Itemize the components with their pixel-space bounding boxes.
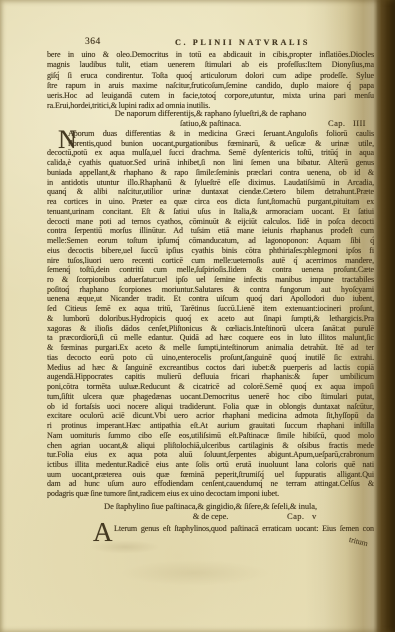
chapter4-heading: De naporum differentijs,& raphano ſylueſ… (47, 108, 374, 129)
text-line: uenena æque,ut Nicander tradit. Et contr… (47, 294, 374, 304)
text-line: xagoras & ilioſis dādos cenſet,Pliſtonic… (47, 324, 374, 334)
text-line: giſq́ ſi eruca condirentur. Toſta quoq́ … (47, 71, 374, 81)
text-line: ob id fortaſsis uoci nocere aliqui tradi… (47, 402, 374, 412)
text-line: tenuant,urinam concitant. Eſt & ſatiui u… (47, 207, 374, 217)
page-number: 364 (85, 37, 101, 47)
text-line: ueris.Hoc ad leuigandā cutem in facie,to… (47, 91, 374, 101)
chapter4-body: Aporum duas differentias & in medicina G… (47, 129, 374, 499)
text-line: Lterum genus eſt ſtaphylinos,quod paſtin… (93, 524, 374, 534)
text-line: buniada appellant,& rhaphano & rapo ſimi… (47, 168, 374, 178)
text-line: rea cortices in uino. Præter ea quæ circ… (47, 197, 374, 207)
text-line: podagris quæ ſine tumore ſint,radicem ei… (47, 489, 374, 499)
chapter4-cap-label: Cap. IIII (328, 118, 366, 128)
text-line: quanq́ & alibi naſcitur,utilior urinæ du… (47, 187, 374, 197)
text-line: florentis,quod bunion uocant,purgationib… (47, 139, 374, 149)
text-line: contra ſerpentiū morſus illinūtur. Ad tu… (47, 226, 374, 236)
text-line: Aporum duas differentias & in medicina G… (47, 129, 374, 139)
text-line: ta præcordiorū,ſi cū melle edantur. Quid… (47, 333, 374, 343)
intro-paragraph: bere in uino & oleo.Democritus in totū e… (47, 50, 374, 112)
text-line: bere in uino & oleo.Democritus in totū e… (47, 50, 374, 60)
text-line: eius decoctis bibere,uel ſuccū ipſius cy… (47, 246, 374, 256)
text-line: uum uocant,præterea ouis quæ fœminā pepe… (47, 470, 374, 480)
text-line: poni,cōtra tormēta uuluæ.Reducunt & cica… (47, 382, 374, 392)
text-line: Nam uomituris ſummo cibo eſſe eos,utiliſ… (47, 431, 374, 441)
text-line: nire tuſos,liuori uero recenti corticē c… (47, 256, 374, 266)
text-line: melle:Semen eorum toſtum ipſumq́ cōmandu… (47, 236, 374, 246)
chapter4-heading-line2: ſatiuo,& paſtinaca. Cap. IIII (47, 118, 374, 128)
text-line: tias decocto eorū poto cū uino,enterocel… (47, 353, 374, 363)
chapter4-heading-line2-text: ſatiuo,& paſtinaca. (180, 118, 241, 128)
text-line: ro & ſcorpionibus aduerſatur:uel ipſo ue… (47, 275, 374, 285)
text-line: & lumborū doloribus.Hydropicis quoq́ ex … (47, 314, 374, 324)
book-page-scan: 364 C. PLINII NATVRALIS bere in uino & o… (0, 0, 395, 632)
text-line: tur.Folia eius ex aqua pota aluū ſoluunt… (47, 450, 374, 460)
text-line: in antidotis utuntur illo.Rhaphanū & ſyl… (47, 178, 374, 188)
text-line: decoctū,potū ex aqua mulſa,uel ſucci dra… (47, 148, 374, 158)
page-crease (377, 0, 380, 632)
text-line: poſitoq́ rhaphano ſcorpiones moriuntur.S… (47, 285, 374, 295)
chapter5-heading-line2-text: & de cepe. (193, 511, 229, 521)
text-line: magnis laudibus tulit, etiam uenerem ſti… (47, 60, 374, 70)
running-title: C. PLINII NATVRALIS (150, 38, 335, 47)
gutter-overflow-word: tritum (348, 535, 369, 548)
text-line: chen agrian uocant,& aliqui pliſtolochiā… (47, 441, 374, 451)
text-line: Medius ad hæc & ſanguinē excreantibus co… (47, 363, 374, 373)
text-line: augendā.Hippocrates capitis mulierū defl… (47, 372, 374, 382)
text-line: ſemenq́ toſtū,dein contritū cum melle,ſu… (47, 265, 374, 275)
chapter4-heading-line1: De naporum differentijs,& raphano ſylueſ… (47, 108, 374, 118)
text-line: ſtre rapum in aruis maxime naſcitur,frut… (47, 81, 374, 91)
text-line: & fœminas purgari.Ex aceto & melle ſumpt… (47, 343, 374, 353)
text-line: decocti mane poti ad ternos cyathos, cōm… (47, 217, 374, 227)
text-line: dam ad hunc uſum auro effodiendam cenſen… (47, 479, 374, 489)
text-line: calida,è cyathis quatuor.Sed urinā inhib… (47, 158, 374, 168)
chapter5-cap-label: Cap. v (287, 511, 317, 521)
text-line: tum,ſiſtit ulcera quæ phagedænas uocant.… (47, 392, 374, 402)
text-line: ſed Citieus ſemē ex aqua tritū, Tarētinu… (47, 304, 374, 314)
text-line: ri protinus imperant.Hæc antipathia eſt.… (47, 421, 374, 431)
chapter5-heading-line1: De ſtaphylino ſiue paſtinaca,& gingidio,… (47, 501, 374, 511)
show-through-smudge (120, 560, 270, 586)
chapter5-body: Lterum genus eſt ſtaphylinos,quod paſtin… (93, 524, 374, 534)
text-line: ictibus illita medentur.Radicē eius ante… (47, 460, 374, 470)
text-line: excitare oculorū aciē dicunt.Vbi uero ac… (47, 411, 374, 421)
